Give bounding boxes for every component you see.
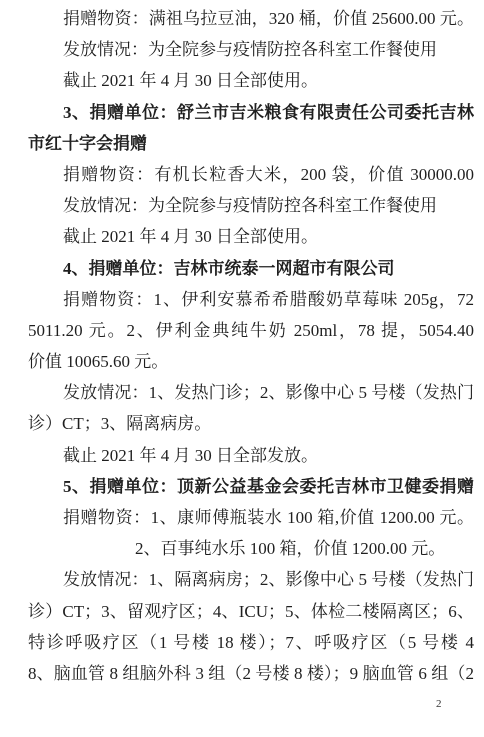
text-line-17: 捐赠物资：1、康师傅瓶装水 100 箱,价值 1200.00 元。 bbox=[28, 502, 474, 533]
page-number: 2 bbox=[436, 696, 442, 712]
text-line-16: 5、捐赠单位：顶新公益基金会委托吉林市卫健委捐赠 bbox=[28, 471, 474, 502]
text-line-5: 市红十字会捐赠 bbox=[28, 128, 474, 159]
text-line-1: 捐赠物资：满祖乌拉豆油，320 桶，价值 25600.00 元。 bbox=[28, 3, 474, 34]
text-line-21: 特诊呼吸疗区（1 号楼 18 楼）；7、呼吸疗区（5 号楼 4 楼）； bbox=[28, 627, 474, 658]
text-line-6: 捐赠物资：有机长粒香大米，200 袋，价值 30000.00 元。 bbox=[28, 159, 474, 190]
text-line-15: 截止 2021 年 4 月 30 日全部发放。 bbox=[28, 440, 474, 471]
text-line-12: 价值 10065.60 元。 bbox=[28, 346, 474, 377]
text-line-3: 截止 2021 年 4 月 30 日全部使用。 bbox=[28, 65, 474, 96]
document-page: 捐赠物资：满祖乌拉豆油，320 桶，价值 25600.00 元。发放情况：为全院… bbox=[0, 0, 484, 737]
text-line-19: 发放情况：1、隔离病房；2、影像中心 5 号楼（发热门 bbox=[28, 564, 474, 595]
text-line-13: 发放情况：1、发热门诊；2、影像中心 5 号楼（发热门 bbox=[28, 377, 474, 408]
text-line-4: 3、捐赠单位：舒兰市吉米粮食有限责任公司委托吉林 bbox=[28, 97, 474, 128]
text-line-14: 诊）CT；3、隔离病房。 bbox=[28, 408, 474, 439]
text-line-22: 8、脑血管 8 组脑外科 3 组（2 号楼 8 楼）；9 脑血管 6 组（2 bbox=[28, 658, 474, 689]
text-line-7: 发放情况：为全院参与疫情防控各科室工作餐使用 bbox=[28, 190, 474, 221]
document-content: 捐赠物资：满祖乌拉豆油，320 桶，价值 25600.00 元。发放情况：为全院… bbox=[28, 3, 474, 689]
text-line-9: 4、捐赠单位：吉林市统泰一网超市有限公司 bbox=[28, 253, 474, 284]
text-line-2: 发放情况：为全院参与疫情防控各科室工作餐使用 bbox=[28, 34, 474, 65]
text-line-20: 诊）CT；3、留观疗区；4、ICU；5、体检二楼隔离区；6、 bbox=[28, 596, 474, 627]
text-line-8: 截止 2021 年 4 月 30 日全部使用。 bbox=[28, 221, 474, 252]
text-line-18: 2、百事纯水乐 100 箱，价值 1200.00 元。 bbox=[28, 533, 474, 564]
text-line-11: 5011.20 元。2、伊利金典纯牛奶 250ml，78 提，5054.40 元… bbox=[28, 315, 474, 346]
text-line-10: 捐赠物资：1、伊利安慕希希腊酸奶草莓味 205g，72 提， bbox=[28, 284, 474, 315]
